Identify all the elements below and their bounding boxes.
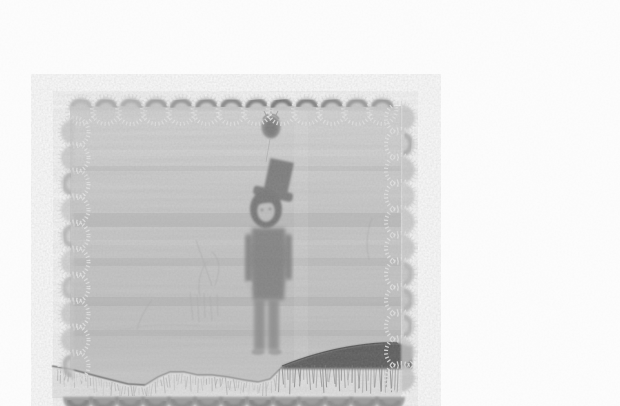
scanned-drawing [0, 0, 620, 406]
page-grain [0, 0, 620, 406]
scan-page [0, 0, 620, 406]
